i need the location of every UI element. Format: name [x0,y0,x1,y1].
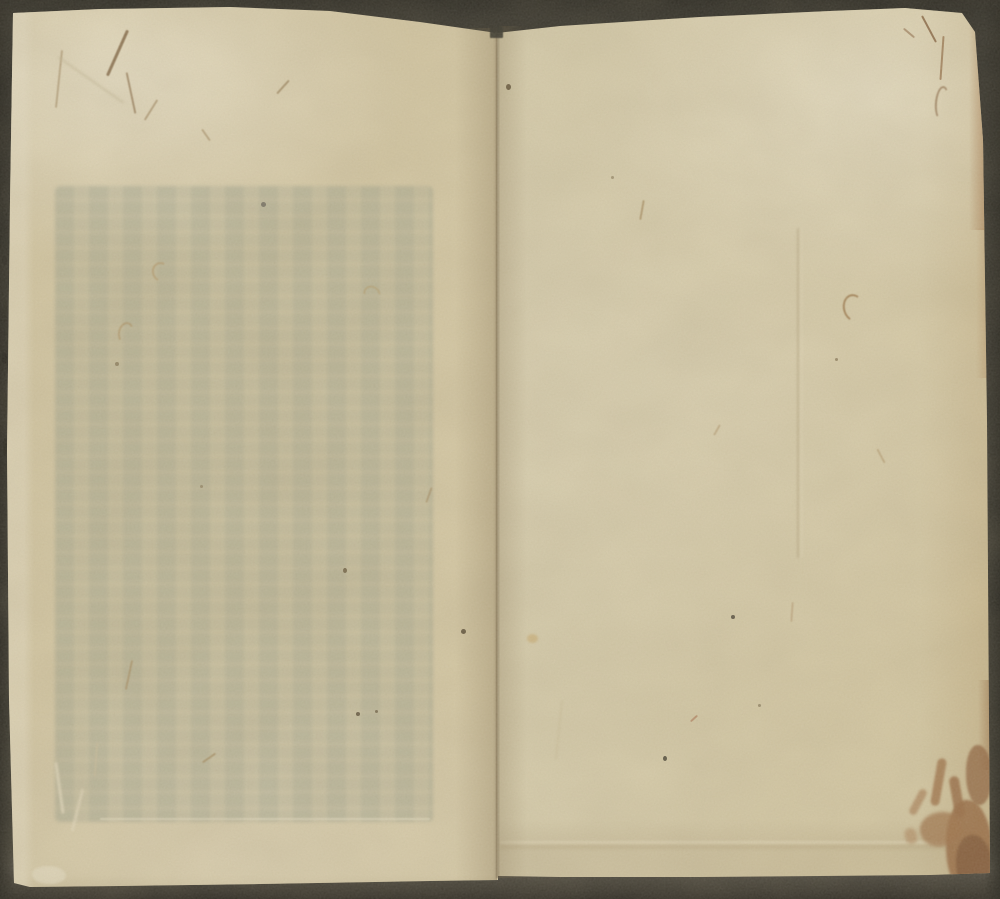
paper-fiber [790,602,793,622]
fore-edge-print-bit [3,438,7,456]
paper-fiber [58,56,125,104]
fold-shadow [500,845,988,849]
water-stain-finger [903,827,919,846]
paper-fiber [939,36,944,80]
book-scan-photo [0,0,1000,899]
water-stain-part [946,800,992,895]
paper-speck [527,634,538,643]
paper-arc [840,292,868,325]
water-stain-finger [908,788,928,816]
paper-fiber [201,129,211,142]
paper-speck [731,615,735,619]
paper-fiber [921,15,937,42]
paper-speck [611,176,614,179]
paper-fiber [639,200,644,220]
fold-line [500,841,988,844]
paper-speck [663,756,667,761]
paper-fiber [555,700,563,760]
water-stain-finger [948,775,965,818]
paper-speck [261,202,266,207]
crease-line [797,228,799,558]
paper-fiber [144,99,158,120]
bleedthrough-text-block [55,186,433,822]
page-edge-strip [976,228,990,378]
water-stain-finger [930,758,947,807]
paper-arc [116,321,136,345]
paper-fiber [876,448,885,463]
page-edge-strip [969,10,991,230]
paper-fiber [690,715,698,723]
paper-fiber [276,80,290,95]
crease-line [800,228,803,558]
paper-fiber [106,30,129,77]
paper-fiber [125,660,133,690]
fore-edge-print-bit [3,392,7,418]
paper-fiber [55,50,63,108]
paper-fiber [903,28,915,39]
scanner-backdrop-left [0,0,16,899]
gutter-shadow-right [499,26,527,878]
water-stain-core [956,835,992,893]
bleedthrough-frame-line [100,818,430,820]
paper-speck [356,712,360,716]
paper-arc [360,282,384,306]
water-stain-part [966,745,992,805]
paper-arc [149,260,173,285]
paper-blob [32,866,66,884]
paper-arc [934,85,951,120]
paper-fiber [713,424,721,435]
paper-fiber [71,788,85,831]
paper-speck [758,704,761,707]
gutter-shadow-left [455,28,497,880]
fore-edge-print-bit [2,352,7,364]
paper-speck [200,485,203,488]
paper-speck [115,362,119,366]
page-edge-strip [978,680,991,770]
scanner-backdrop-right [984,0,1000,899]
paper-speck [375,710,378,713]
paper-speck [835,358,838,361]
paper-fiber [94,742,98,776]
paper-fiber [425,487,432,503]
paper-fiber [126,72,137,113]
paper-fiber [202,753,216,764]
fore-edge-print-bit [2,256,7,265]
fore-edge-print-bit [3,298,7,320]
water-stain-part [916,806,966,851]
paper-fiber [54,762,64,814]
paper-speck [343,568,347,573]
